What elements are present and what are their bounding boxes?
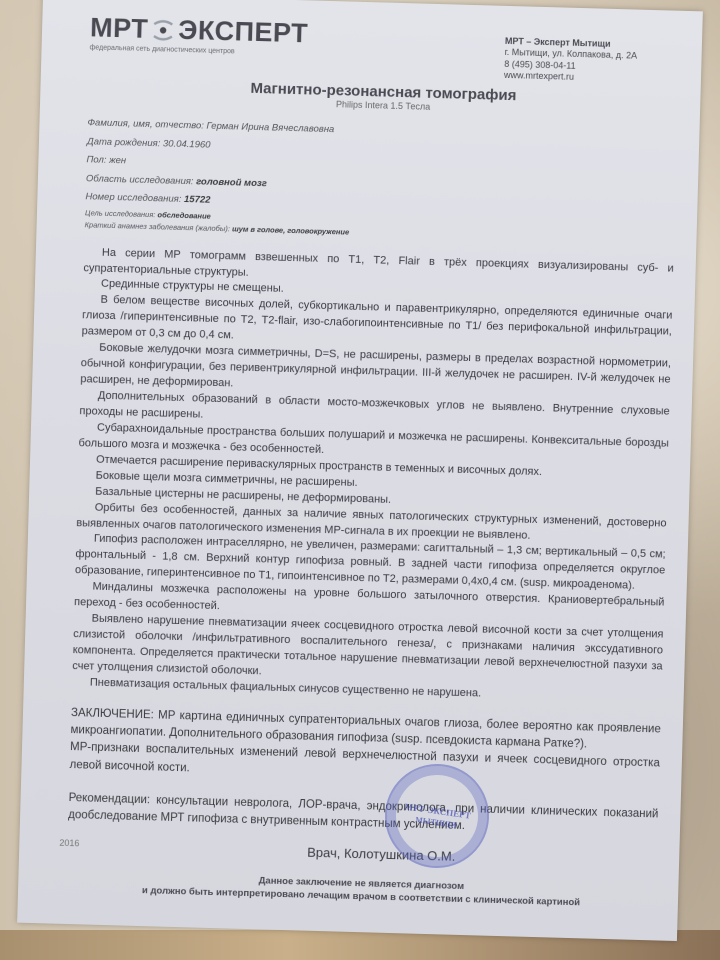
conclusion-section: ЗАКЛЮЧЕНИЕ: МР картина единичных супрате… <box>69 705 661 790</box>
sex-value: жен <box>109 155 126 166</box>
patient-info: Фамилия, имя, отчество: Герман Ирина Вяч… <box>84 114 677 247</box>
study-number-value: 15722 <box>184 194 211 206</box>
complaints-label: Краткий анамнез заболевания (жалобы): <box>85 220 231 233</box>
logo-text-right: ЭКСПЕРТ <box>178 15 309 50</box>
logo-text-left: МРТ <box>90 12 149 45</box>
study-number-label: Номер исследования: <box>85 191 181 205</box>
area-label: Область исследования: <box>86 173 194 187</box>
report-date: 2016 <box>59 838 79 849</box>
sex-label: Пол: <box>86 154 106 166</box>
report-sheet: МРТ ЭКСПЕРТ федеральная сеть диагностиче… <box>17 0 703 941</box>
dob-value: 30.04.1960 <box>163 138 211 150</box>
area-value: головной мозг <box>196 176 267 189</box>
purpose-value: обследование <box>157 210 211 220</box>
findings-section: На серии МР томограмм взвешенных по Т1, … <box>72 245 674 708</box>
complaints-value: шум в голове, головокружение <box>232 224 349 236</box>
clinic-logo: МРТ ЭКСПЕРТ федеральная сеть диагностиче… <box>89 12 321 75</box>
patient-name-value: Герман Ирина Вячеславовна <box>206 121 334 136</box>
clinic-contacts: МРТ – Эксперт Мытищи г. Мытищи, ул. Колп… <box>504 36 680 86</box>
patient-name-label: Фамилия, имя, отчество: <box>87 117 204 131</box>
purpose-label: Цель исследования: <box>85 208 156 219</box>
dob-label: Дата рождения: <box>87 136 161 149</box>
eye-swoosh-icon <box>150 17 177 42</box>
conclusion-label: ЗАКЛЮЧЕНИЕ: <box>71 707 154 721</box>
letterhead: МРТ ЭКСПЕРТ федеральная сеть диагностиче… <box>89 12 680 85</box>
recommendations: Рекомендации: консультации невролога, ЛО… <box>68 790 659 841</box>
